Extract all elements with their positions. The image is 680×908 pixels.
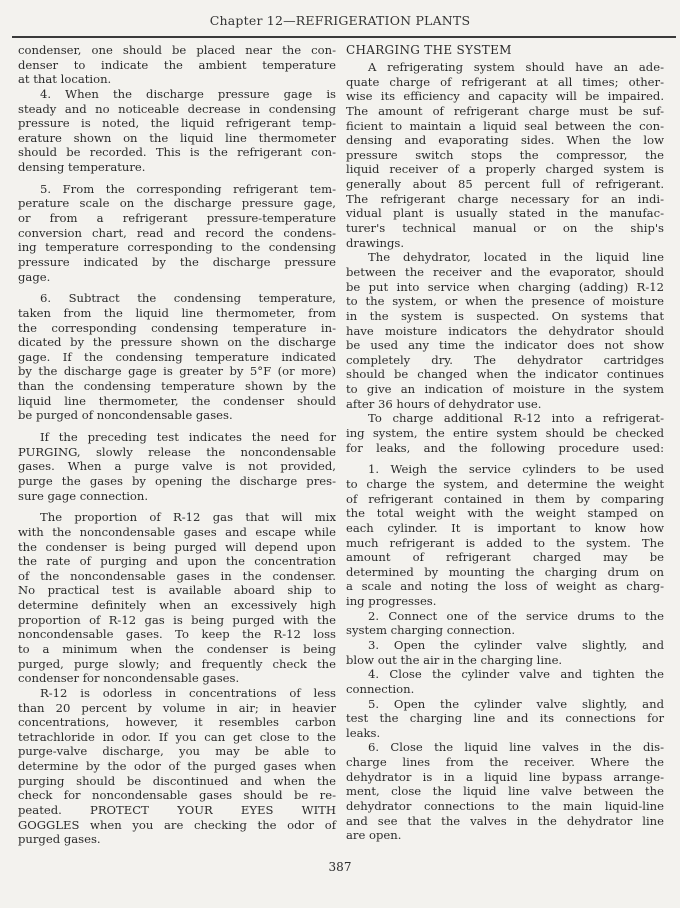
text-line: determine definitely when an excessively…	[18, 598, 336, 613]
text-line: tetrachloride in odor. If you can get cl…	[18, 730, 336, 745]
text-line: gases. When a purge valve is not provide…	[18, 459, 336, 474]
text-line: with the noncondensable gases and escape…	[18, 525, 336, 540]
text-line: ing system, the entire system should be …	[346, 426, 664, 441]
paragraph-gap	[18, 175, 336, 182]
text-line: system charging connection.	[346, 623, 664, 638]
text-line: to charge the system, and determine the …	[346, 477, 664, 492]
text-line: the corresponding condensing temperature…	[18, 321, 336, 336]
text-line: or from a refrigerant pressure-temperatu…	[18, 211, 336, 226]
left-column: condenser, one should be placed near the…	[18, 43, 336, 847]
text-line: pressure is noted, the liquid refrigeran…	[18, 116, 336, 131]
text-line: condenser, one should be placed near the…	[18, 43, 336, 58]
text-line: To charge additional R-12 into a refrige…	[346, 411, 664, 426]
text-line: determined by mounting the charging drum…	[346, 565, 664, 580]
text-line: be purged of noncondensable gases.	[18, 408, 336, 423]
text-line: between the receiver and the evaporator,…	[346, 265, 664, 280]
paragraph-gap	[18, 503, 336, 510]
text-line: of refrigerant contained in them by comp…	[346, 492, 664, 507]
paragraph-gap	[18, 284, 336, 291]
text-line: noncondensable gases. To keep the R-12 l…	[18, 627, 336, 642]
text-line: If the preceding test indicates the need…	[18, 430, 336, 445]
text-line: 4. When the discharge pressure gage is	[18, 87, 336, 102]
paragraph-gap	[346, 455, 664, 462]
text-line: than the condensing temperature shown by…	[18, 379, 336, 394]
text-line: 5. Open the cylinder valve slightly, and	[346, 697, 664, 712]
text-line: perature scale on the discharge pressure…	[18, 196, 336, 211]
text-line: be put into service when charging (addin…	[346, 280, 664, 295]
text-line: by the discharge gage is greater by 5°F …	[18, 364, 336, 379]
right-column: CHARGING THE SYSTEM A refrigerating syst…	[346, 43, 664, 843]
header-rule	[12, 36, 676, 38]
text-line: in the system is suspected. On systems t…	[346, 309, 664, 324]
page-number: 387	[0, 860, 680, 874]
text-line: ficient to maintain a liquid seal betwee…	[346, 119, 664, 134]
text-line: liquid receiver of a properly charged sy…	[346, 162, 664, 177]
text-line: vidual plant is usually stated in the ma…	[346, 206, 664, 221]
text-line: ing progresses.	[346, 594, 664, 609]
paragraph-gap	[18, 423, 336, 430]
text-line: A refrigerating system should have an ad…	[346, 60, 664, 75]
text-line: denser to indicate the ambient temperatu…	[18, 58, 336, 73]
text-line: blow out the air in the charging line.	[346, 653, 664, 668]
text-line: The amount of refrigerant charge must be…	[346, 104, 664, 119]
text-line: are open.	[346, 828, 664, 843]
text-line: sure gage connection.	[18, 489, 336, 504]
text-line: after 36 hours of dehydrator use.	[346, 397, 664, 412]
text-line: concentrations, however, it resembles ca…	[18, 715, 336, 730]
text-line: completely dry. The dehydrator cartridge…	[346, 353, 664, 368]
section-heading: CHARGING THE SYSTEM	[346, 43, 664, 60]
text-line: ing temperature corresponding to the con…	[18, 240, 336, 255]
text-line: of the noncondensable gases in the conde…	[18, 569, 336, 584]
text-line: the total weight with the weight stamped…	[346, 506, 664, 521]
text-line: 5. From the corresponding refrigerant te…	[18, 182, 336, 197]
text-line: purging should be discontinued and when …	[18, 774, 336, 789]
text-line: 3. Open the cylinder valve slightly, and	[346, 638, 664, 653]
text-line: peated. PROTECT YOUR EYES WITH	[18, 803, 336, 818]
text-line: the condenser is being purged will depen…	[18, 540, 336, 555]
text-line: should be changed when the indicator con…	[346, 367, 664, 382]
text-line: much refrigerant is added to the system.…	[346, 536, 664, 551]
text-line: determine by the odor of the purged gase…	[18, 759, 336, 774]
text-line: 2. Connect one of the service drums to t…	[346, 609, 664, 624]
text-line: be used any time the indicator does not …	[346, 338, 664, 353]
text-line: The dehydrator, located in the liquid li…	[346, 250, 664, 265]
text-line: densing temperature.	[18, 160, 336, 175]
text-line: wise its efficiency and capacity will be…	[346, 89, 664, 104]
text-line: GOGGLES when you are checking the odor o…	[18, 818, 336, 833]
text-line: turer's technical manual or on the ship'…	[346, 221, 664, 236]
text-line: and see that the valves in the dehydrato…	[346, 814, 664, 829]
text-line: 1. Weigh the service cylinders to be use…	[346, 462, 664, 477]
text-line: dicated by the pressure shown on the dis…	[18, 335, 336, 350]
text-line: liquid line thermometer, the condenser s…	[18, 394, 336, 409]
text-line: at that location.	[18, 72, 336, 87]
text-line: generally about 85 percent full of refri…	[346, 177, 664, 192]
text-line: dehydrator connections to the main liqui…	[346, 799, 664, 814]
text-line: The proportion of R-12 gas that will mix	[18, 510, 336, 525]
text-line: for leaks, and the following procedure u…	[346, 441, 664, 456]
text-line: pressure indicated by the discharge pres…	[18, 255, 336, 270]
text-line: purged gases.	[18, 832, 336, 847]
text-line: should be recorded. This is the refriger…	[18, 145, 336, 160]
text-line: to a minimum when the condenser is being	[18, 642, 336, 657]
text-line: test the charging line and its connectio…	[346, 711, 664, 726]
text-line: connection.	[346, 682, 664, 697]
text-line: than 20 percent by volume in air; in hea…	[18, 701, 336, 716]
text-line: quate charge of refrigerant at all times…	[346, 75, 664, 90]
text-line: a scale and noting the loss of weight as…	[346, 579, 664, 594]
text-line: erature shown on the liquid line thermom…	[18, 131, 336, 146]
text-line: purge the gases by opening the discharge…	[18, 474, 336, 489]
text-line: taken from the liquid line thermometer, …	[18, 306, 336, 321]
text-line: densing and evaporating sides. When the …	[346, 133, 664, 148]
text-line: condenser for noncondensable gases.	[18, 671, 336, 686]
text-line: check for noncondensable gases should be…	[18, 788, 336, 803]
text-line: purge-valve discharge, you may be able t…	[18, 744, 336, 759]
text-line: drawings.	[346, 236, 664, 251]
text-line: 6. Close the liquid line valves in the d…	[346, 740, 664, 755]
text-line: each cylinder. It is important to know h…	[346, 521, 664, 536]
text-line: the rate of purging and upon the concent…	[18, 554, 336, 569]
text-line: The refrigerant charge necessary for an …	[346, 192, 664, 207]
text-line: No practical test is available aboard sh…	[18, 583, 336, 598]
text-line: steady and no noticeable decrease in con…	[18, 102, 336, 117]
text-line: purged, purge slowly; and frequently che…	[18, 657, 336, 672]
text-line: leaks.	[346, 726, 664, 741]
text-line: dehydrator is in a liquid line bypass ar…	[346, 770, 664, 785]
text-line: PURGING, slowly release the noncondensab…	[18, 445, 336, 460]
text-line: have moisture indicators the dehydrator …	[346, 324, 664, 339]
text-line: proportion of R-12 gas is being purged w…	[18, 613, 336, 628]
text-line: charge lines from the receiver. Where th…	[346, 755, 664, 770]
text-line: to give an indication of moisture in the…	[346, 382, 664, 397]
text-line: amount of refrigerant charged may be	[346, 550, 664, 565]
text-line: pressure switch stops the compressor, th…	[346, 148, 664, 163]
text-line: ment, close the liquid line valve betwee…	[346, 784, 664, 799]
text-line: 4. Close the cylinder valve and tighten …	[346, 667, 664, 682]
text-line: R-12 is odorless in concentrations of le…	[18, 686, 336, 701]
text-line: conversion chart, read and record the co…	[18, 226, 336, 241]
page-header: Chapter 12—REFRIGERATION PLANTS	[0, 13, 680, 28]
text-line: gage.	[18, 270, 336, 285]
text-line: to the system, or when the presence of m…	[346, 294, 664, 309]
text-line: gage. If the condensing temperature indi…	[18, 350, 336, 365]
text-line: 6. Subtract the condensing temperature,	[18, 291, 336, 306]
